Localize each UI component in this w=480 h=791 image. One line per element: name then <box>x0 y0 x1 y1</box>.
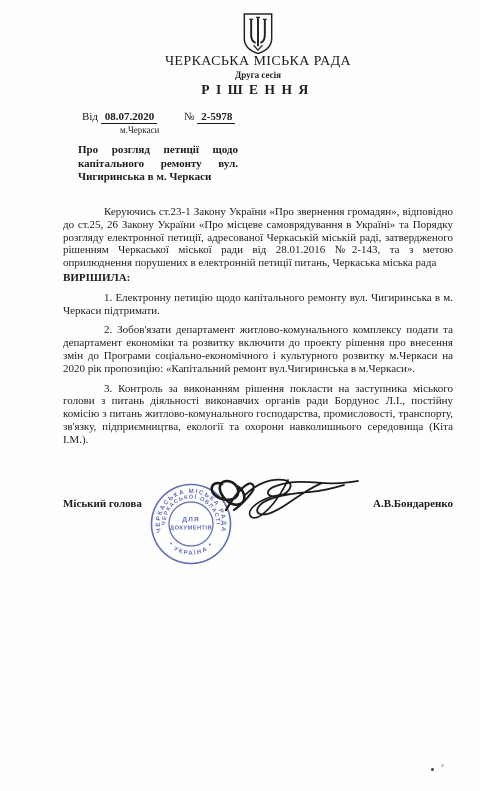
resolution-item-1: 1. Електронну петицію щодо капітального … <box>63 292 453 318</box>
document-date: 08.07.2020 <box>101 111 158 124</box>
document-number: 2-5978 <box>197 111 235 124</box>
document-meta: Від 08.07.2020 № 2-5978 <box>82 111 235 123</box>
resolution-item-3: 3. Контроль за виконанням рішення поклас… <box>63 383 453 447</box>
intro-paragraph: Керуючись ст.23-1 Закону України «Про зв… <box>63 206 453 270</box>
signatory-name: А.В.Бондаренко <box>373 498 453 510</box>
document-type: РІШЕННЯ <box>63 82 453 97</box>
ukraine-trident-icon <box>241 12 275 55</box>
scan-speck <box>441 764 444 767</box>
handwritten-signature <box>192 466 367 531</box>
document-header: ЧЕРКАСЬКА МІСЬКА РАДА Друга сесія РІШЕНН… <box>63 12 453 97</box>
scan-speck <box>431 768 434 771</box>
organization-name: ЧЕРКАСЬКА МІСЬКА РАДА <box>63 54 453 69</box>
document-subject: Про розгляд петиції щодо капітального ре… <box>78 144 238 185</box>
stamp-ring-bottom-text: * УКРАЇНА * <box>167 541 216 557</box>
document-place: м.Черкаси <box>120 125 159 135</box>
number-sign: № <box>184 111 195 123</box>
resolution-item-2: 2. Зобов'язати департамент житлово-комун… <box>63 324 453 375</box>
from-label: Від <box>82 111 98 123</box>
document-page: ЧЕРКАСЬКА МІСЬКА РАДА Друга сесія РІШЕНН… <box>0 0 480 791</box>
resolved-label: ВИРІШИЛА: <box>63 272 453 285</box>
signatory-title: Міський голова <box>63 498 142 510</box>
session-label: Друга сесія <box>63 69 453 81</box>
document-body: Керуючись ст.23-1 Закону України «Про зв… <box>63 206 453 447</box>
